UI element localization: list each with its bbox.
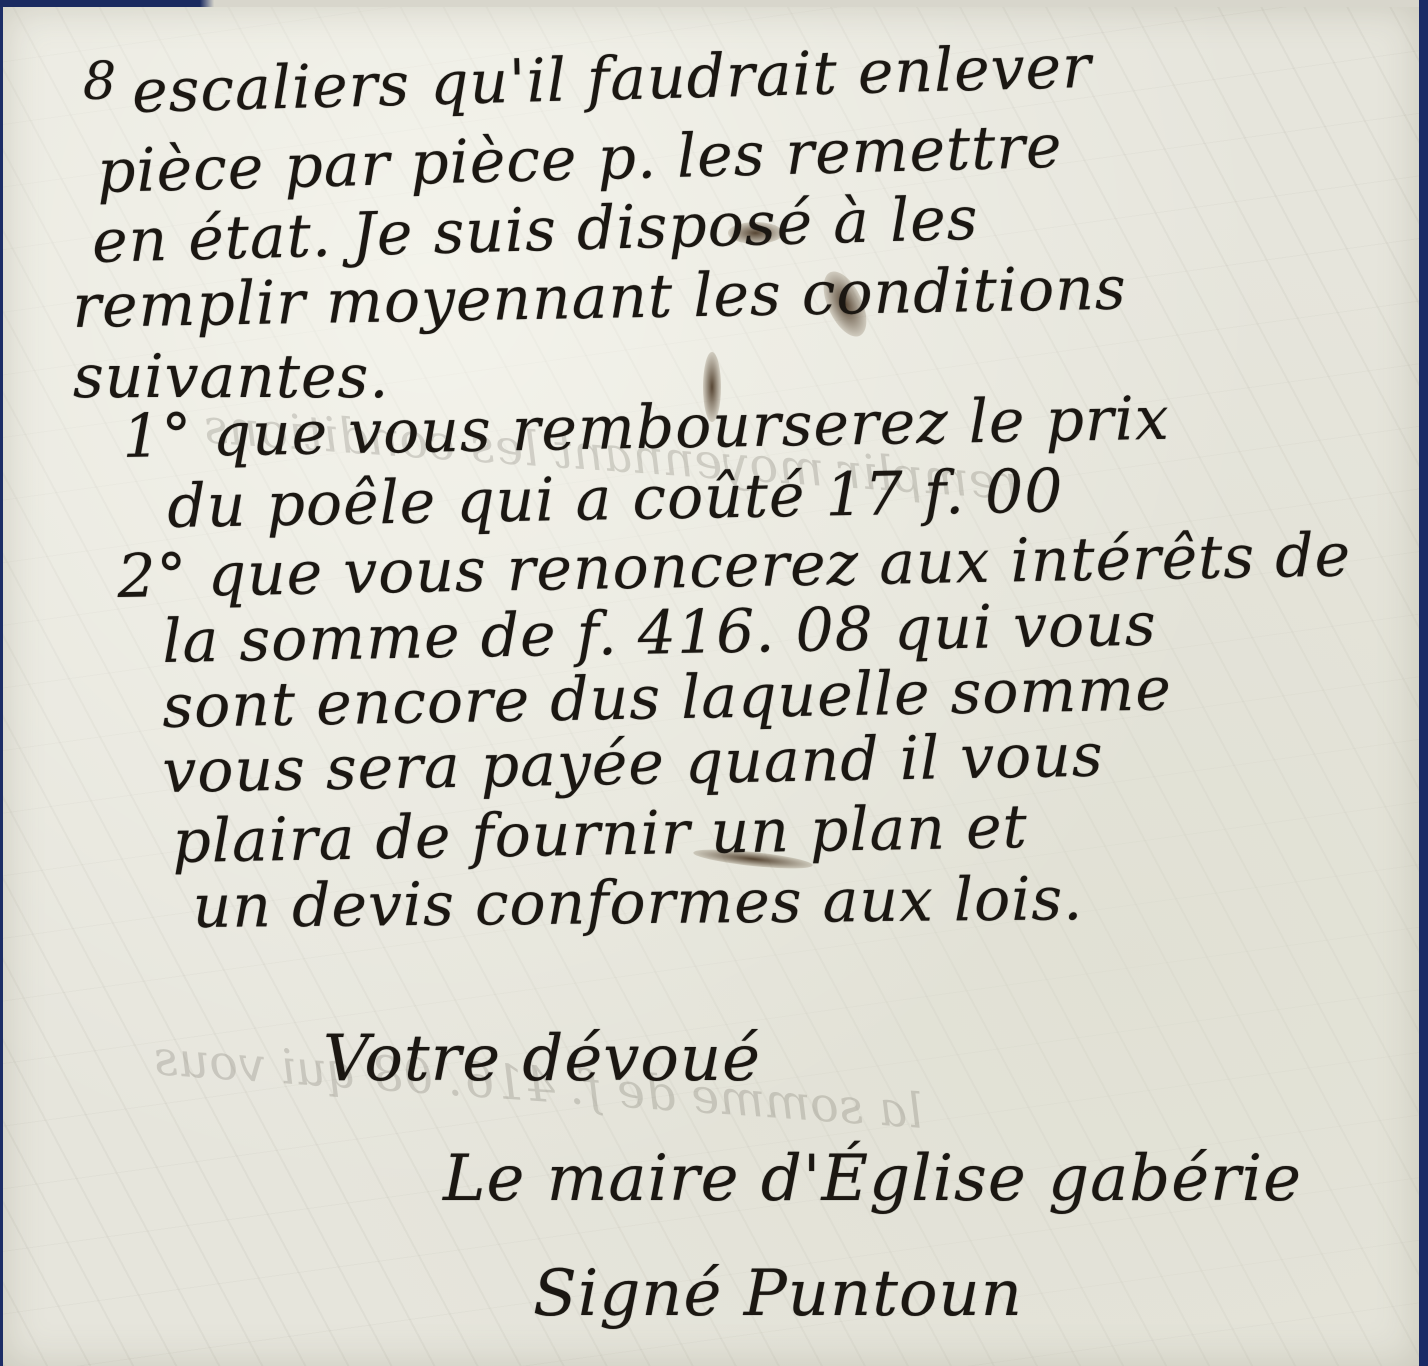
- letter-line-13: un devis conformes aux lois.: [192, 864, 1083, 942]
- margin-mark: 8: [83, 52, 117, 112]
- letter-closing: Votre dévoué: [323, 1022, 761, 1096]
- letter-page: remplir moyennant les conditions la somm…: [3, 7, 1419, 1366]
- letter-line-1: escaliers qu'il faudrait enlever: [131, 32, 1092, 127]
- scan-right-edge: [1419, 0, 1428, 1366]
- letter-line-12: plaira de fournir un plan et: [172, 792, 1028, 877]
- signature-title: Le maire d'Église gabérie: [443, 1142, 1302, 1216]
- scan-top-edge: [0, 0, 1428, 7]
- signature: Signé Puntoun: [533, 1257, 1023, 1331]
